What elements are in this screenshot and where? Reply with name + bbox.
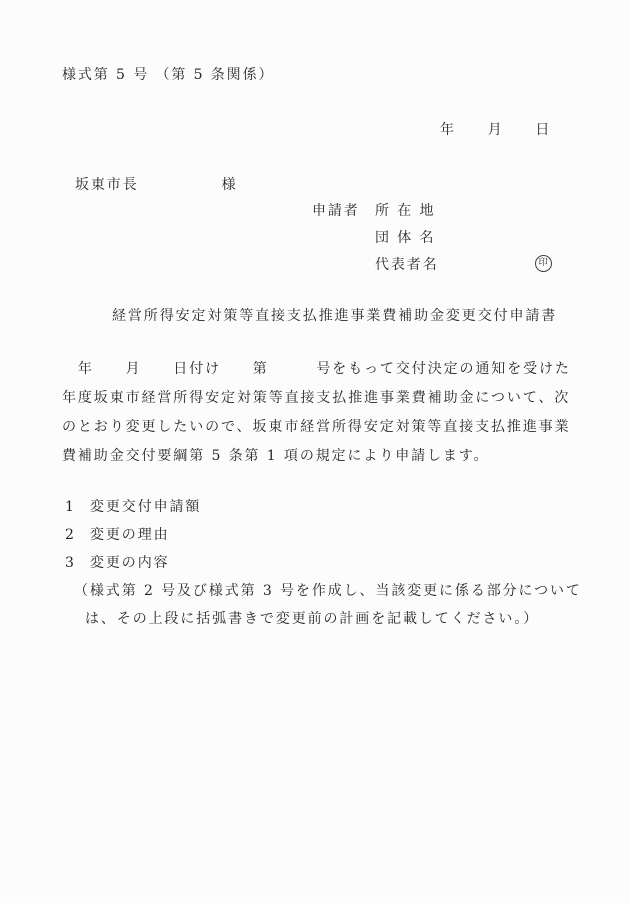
list-item-1-text: 変更交付申請額 (90, 499, 201, 515)
item-list: 1変更交付申請額 2変更の理由 3変更の内容 （様式第 2 号及び様式第 3 号… (65, 493, 582, 633)
body-line-1: 年 月 日付け 第 号をもって交付決定の通知を受けた (62, 355, 582, 384)
body-line-3: のとおり変更したいので、坂東市経営所得安定対策等直接支払推進事業 (62, 413, 582, 442)
body-paragraph: 年 月 日付け 第 号をもって交付決定の通知を受けた 年度坂東市経営所得安定対策… (62, 355, 582, 471)
list-item-2-text: 変更の理由 (90, 527, 170, 543)
applicant-org-label: 団 体 名 (375, 230, 435, 246)
list-item-1-number: 1 (65, 493, 90, 521)
addressee-honorific: 様 (222, 177, 238, 193)
note-line-2: は、その上段に括弧書きで変更前の計画を記載してください。） (65, 605, 582, 633)
seal-character: 印 (536, 256, 551, 271)
list-item-3-number: 3 (65, 549, 90, 577)
applicant-label: 申請者 (312, 198, 375, 225)
list-item-2: 2変更の理由 (65, 521, 582, 549)
applicant-org-row: 団 体 名 (312, 225, 552, 252)
list-item-3-text: 変更の内容 (90, 555, 170, 571)
body-line-4: 費補助金交付要綱第 5 条第 1 項の規定により申請します。 (62, 442, 582, 471)
addressee-line: 坂東市長様 (75, 174, 238, 194)
list-item-1: 1変更交付申請額 (65, 493, 582, 521)
document-page: 様式第 5 号 （第 5 条関係） 年 月 日 坂東市長様 申請者所 在 地 団… (0, 0, 630, 903)
date-line: 年 月 日 (440, 119, 551, 139)
list-item-3: 3変更の内容 (65, 549, 582, 577)
list-item-2-number: 2 (65, 521, 90, 549)
applicant-representative-label: 代表者名 (375, 257, 439, 273)
body-line-2: 年度坂東市経営所得安定対策等直接支払推進事業費補助金について、次 (62, 384, 582, 413)
seal-mark: 印 (535, 255, 552, 272)
document-title: 経営所得安定対策等直接支払推進事業費補助金変更交付申請書 (112, 305, 557, 325)
addressee-name: 坂東市長 (75, 177, 139, 193)
applicant-address-row: 申請者所 在 地 (312, 198, 552, 225)
form-number: 様式第 5 号 （第 5 条関係） (62, 64, 274, 84)
applicant-address-label: 所 在 地 (375, 203, 435, 219)
note-line-1: （様式第 2 号及び様式第 3 号を作成し、当該変更に係る部分について (65, 577, 582, 605)
applicant-representative-row: 代表者名印 (312, 252, 552, 279)
applicant-block: 申請者所 在 地 団 体 名 代表者名印 (312, 198, 552, 279)
